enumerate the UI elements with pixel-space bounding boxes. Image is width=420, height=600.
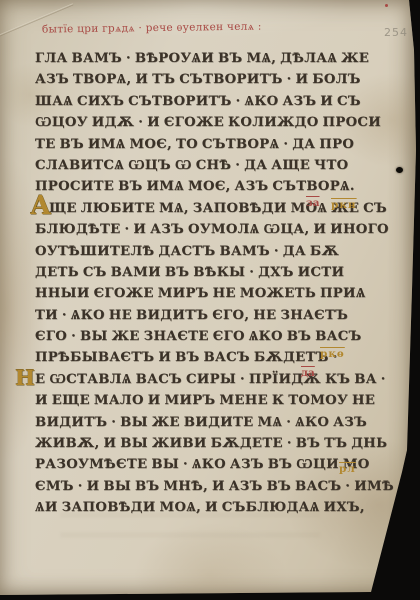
interlinear-gloss: да: [301, 367, 315, 379]
folio-number: 254: [384, 26, 408, 39]
text-line-1: ГЛА ВАМЪ · ВѢРОУѦИ ВЪ МѦ, ДѢЛАѦ ЖЕ: [35, 48, 355, 69]
text-line-12: ННЫИ ЄГОЖЕ МИРЪ НЕ МОЖЕТЬ ПРИѦ: [35, 283, 355, 304]
text-line-17: И ЕЩЕ МАЛО И МИРЪ МЕНЕ К ТОМОУ НЕ: [35, 390, 355, 411]
ink-speck: [385, 4, 388, 7]
text-line-22: ѦИ ЗАПОВѢДИ МОѦ, И СЪБЛЮДАѦ ИХЪ,: [35, 497, 355, 518]
text-line-4: ѠЦОУ ИДѪ · И ЄГОЖЕ КОЛИЖДО ПРОСИ: [35, 112, 355, 133]
text-block: ГЛА ВАМЪ · ВѢРОУѦИ ВЪ МѦ, ДѢЛАѦ ЖЕАЗЪ ТВ…: [35, 48, 355, 519]
text-line-21: ЄМЪ · И ВЫ ВЪ МНѢ, И АЗЪ ВЪ ВАСЪ · ИМѢ: [35, 476, 355, 497]
text-line-15: ПРѢБЫВАЄТЪ И ВЪ ВАСЪ БѪДЕТЪ ·: [35, 347, 355, 368]
gold-initial-n: Н: [15, 365, 35, 390]
text-line-18: ВИДИТЪ · ВЫ ЖЕ ВИДИТЕ МѦ · ѦКО АЗЪ: [35, 412, 355, 433]
text-line-19: ЖИВѪ, И ВЫ ЖИВИ БѪДЕТЕ · ВЪ ТЪ ДНЬ: [35, 433, 355, 454]
chapter-number-130: рл: [339, 463, 356, 475]
text-line-13: ТИ · ѦКО НЕ ВИДИТЪ ЄГО, НЕ ЗНАЄТЪ: [35, 305, 355, 326]
text-line-3: ШАѦ СИХЪ СЪТВОРИТЪ · ѦКО АЗЪ И СЪ: [35, 91, 355, 112]
text-line-14: ЄГО · ВЫ ЖЕ ЗНАЄТЕ ЄГО ѦКО ВЪ ВАСЪ: [35, 326, 355, 347]
manuscript-photo: бытїе цри грѧдѧ · рече ѳуелкен челѧ : 25…: [0, 0, 420, 600]
text-line-20: РАЗОУМѢЄТЕ ВЫ · ѦКО АЗЪ ВЪ ѠЦИ МО: [35, 454, 355, 475]
text-line-10: ОУТѢШИТЕЛѢ ДАСТЪ ВАМЪ · ДА БѪ: [35, 241, 355, 262]
wormhole: [396, 167, 403, 173]
text-line-6: СЛАВИТСѦ ѠЦЪ Ѡ СНѢ · ДА АЩЕ ЧТО: [35, 155, 355, 176]
text-line-2: АЗЪ ТВОРѦ, И ТЪ СЪТВОРИТЪ · И БОЛЪ: [35, 69, 355, 90]
text-line-7: ПРОСИТЕ ВЪ ИМѦ МОЄ, АЗЪ СЪТВОРѦ.: [35, 176, 355, 197]
text-line-5: ТЕ ВЪ ИМѦ МОЄ, ТО СЪТВОРѦ · ДА ПРО: [35, 134, 355, 155]
text-line-9: БЛЮДѢТЕ · И АЗЪ ОУМОЛѦ ѠЦА, И ИНОГО: [35, 219, 355, 240]
text-line-11: ДЕТЬ СЪ ВАМИ ВЪ ВѢКЫ · ДХЪ ИСТИ: [35, 262, 355, 283]
chapter-number-129: ркѳ: [320, 348, 345, 360]
chapter-number-128: ркн: [331, 199, 357, 211]
gold-initial-a: А: [30, 191, 51, 221]
zachalo-mark: за: [306, 197, 320, 209]
